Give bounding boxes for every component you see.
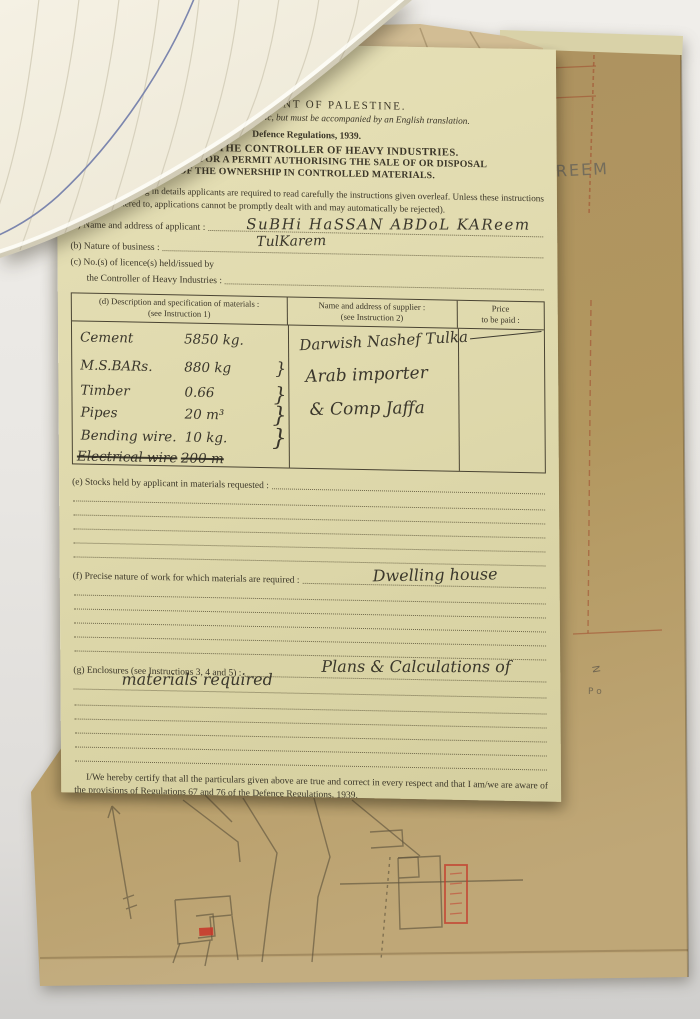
- material-row: Bending wire. 10 kg. }: [81, 427, 289, 447]
- material-row: Pipes 20 m³ }: [81, 404, 289, 424]
- field-e-ruled-dots: [272, 478, 545, 494]
- material-qty: 20 m³: [185, 406, 225, 423]
- nature-of-work-handwriting: Dwelling house: [372, 564, 498, 585]
- material-qty: 0.66: [184, 384, 214, 401]
- material-item: Timber: [80, 382, 184, 400]
- material-row: Timber 0.66 }: [80, 382, 288, 402]
- brace-mark: }: [272, 425, 287, 451]
- price-cell: [459, 328, 545, 472]
- pencil-mark-po: P o: [588, 687, 602, 697]
- material-item: Electrical wire: [77, 448, 181, 466]
- material-item: Pipes: [81, 404, 185, 422]
- photo-of-documents: KAREEM L N P o: [0, 0, 700, 1019]
- material-qty: 10 kg.: [185, 429, 228, 446]
- supplier-line: & Comp Jaffa: [309, 398, 425, 420]
- enclosures-handwriting-line2: materials required: [121, 669, 273, 688]
- notebook-page-shape: [0, 0, 412, 258]
- curled-notebook-page: [0, 0, 450, 380]
- material-qty: 200 m: [181, 450, 224, 467]
- enclosures-handwriting-line1: Plans & Calculations of: [321, 657, 511, 676]
- material-item: Bending wire.: [81, 427, 185, 445]
- material-row-crossed-out: Electrical wire 200 m: [77, 448, 285, 468]
